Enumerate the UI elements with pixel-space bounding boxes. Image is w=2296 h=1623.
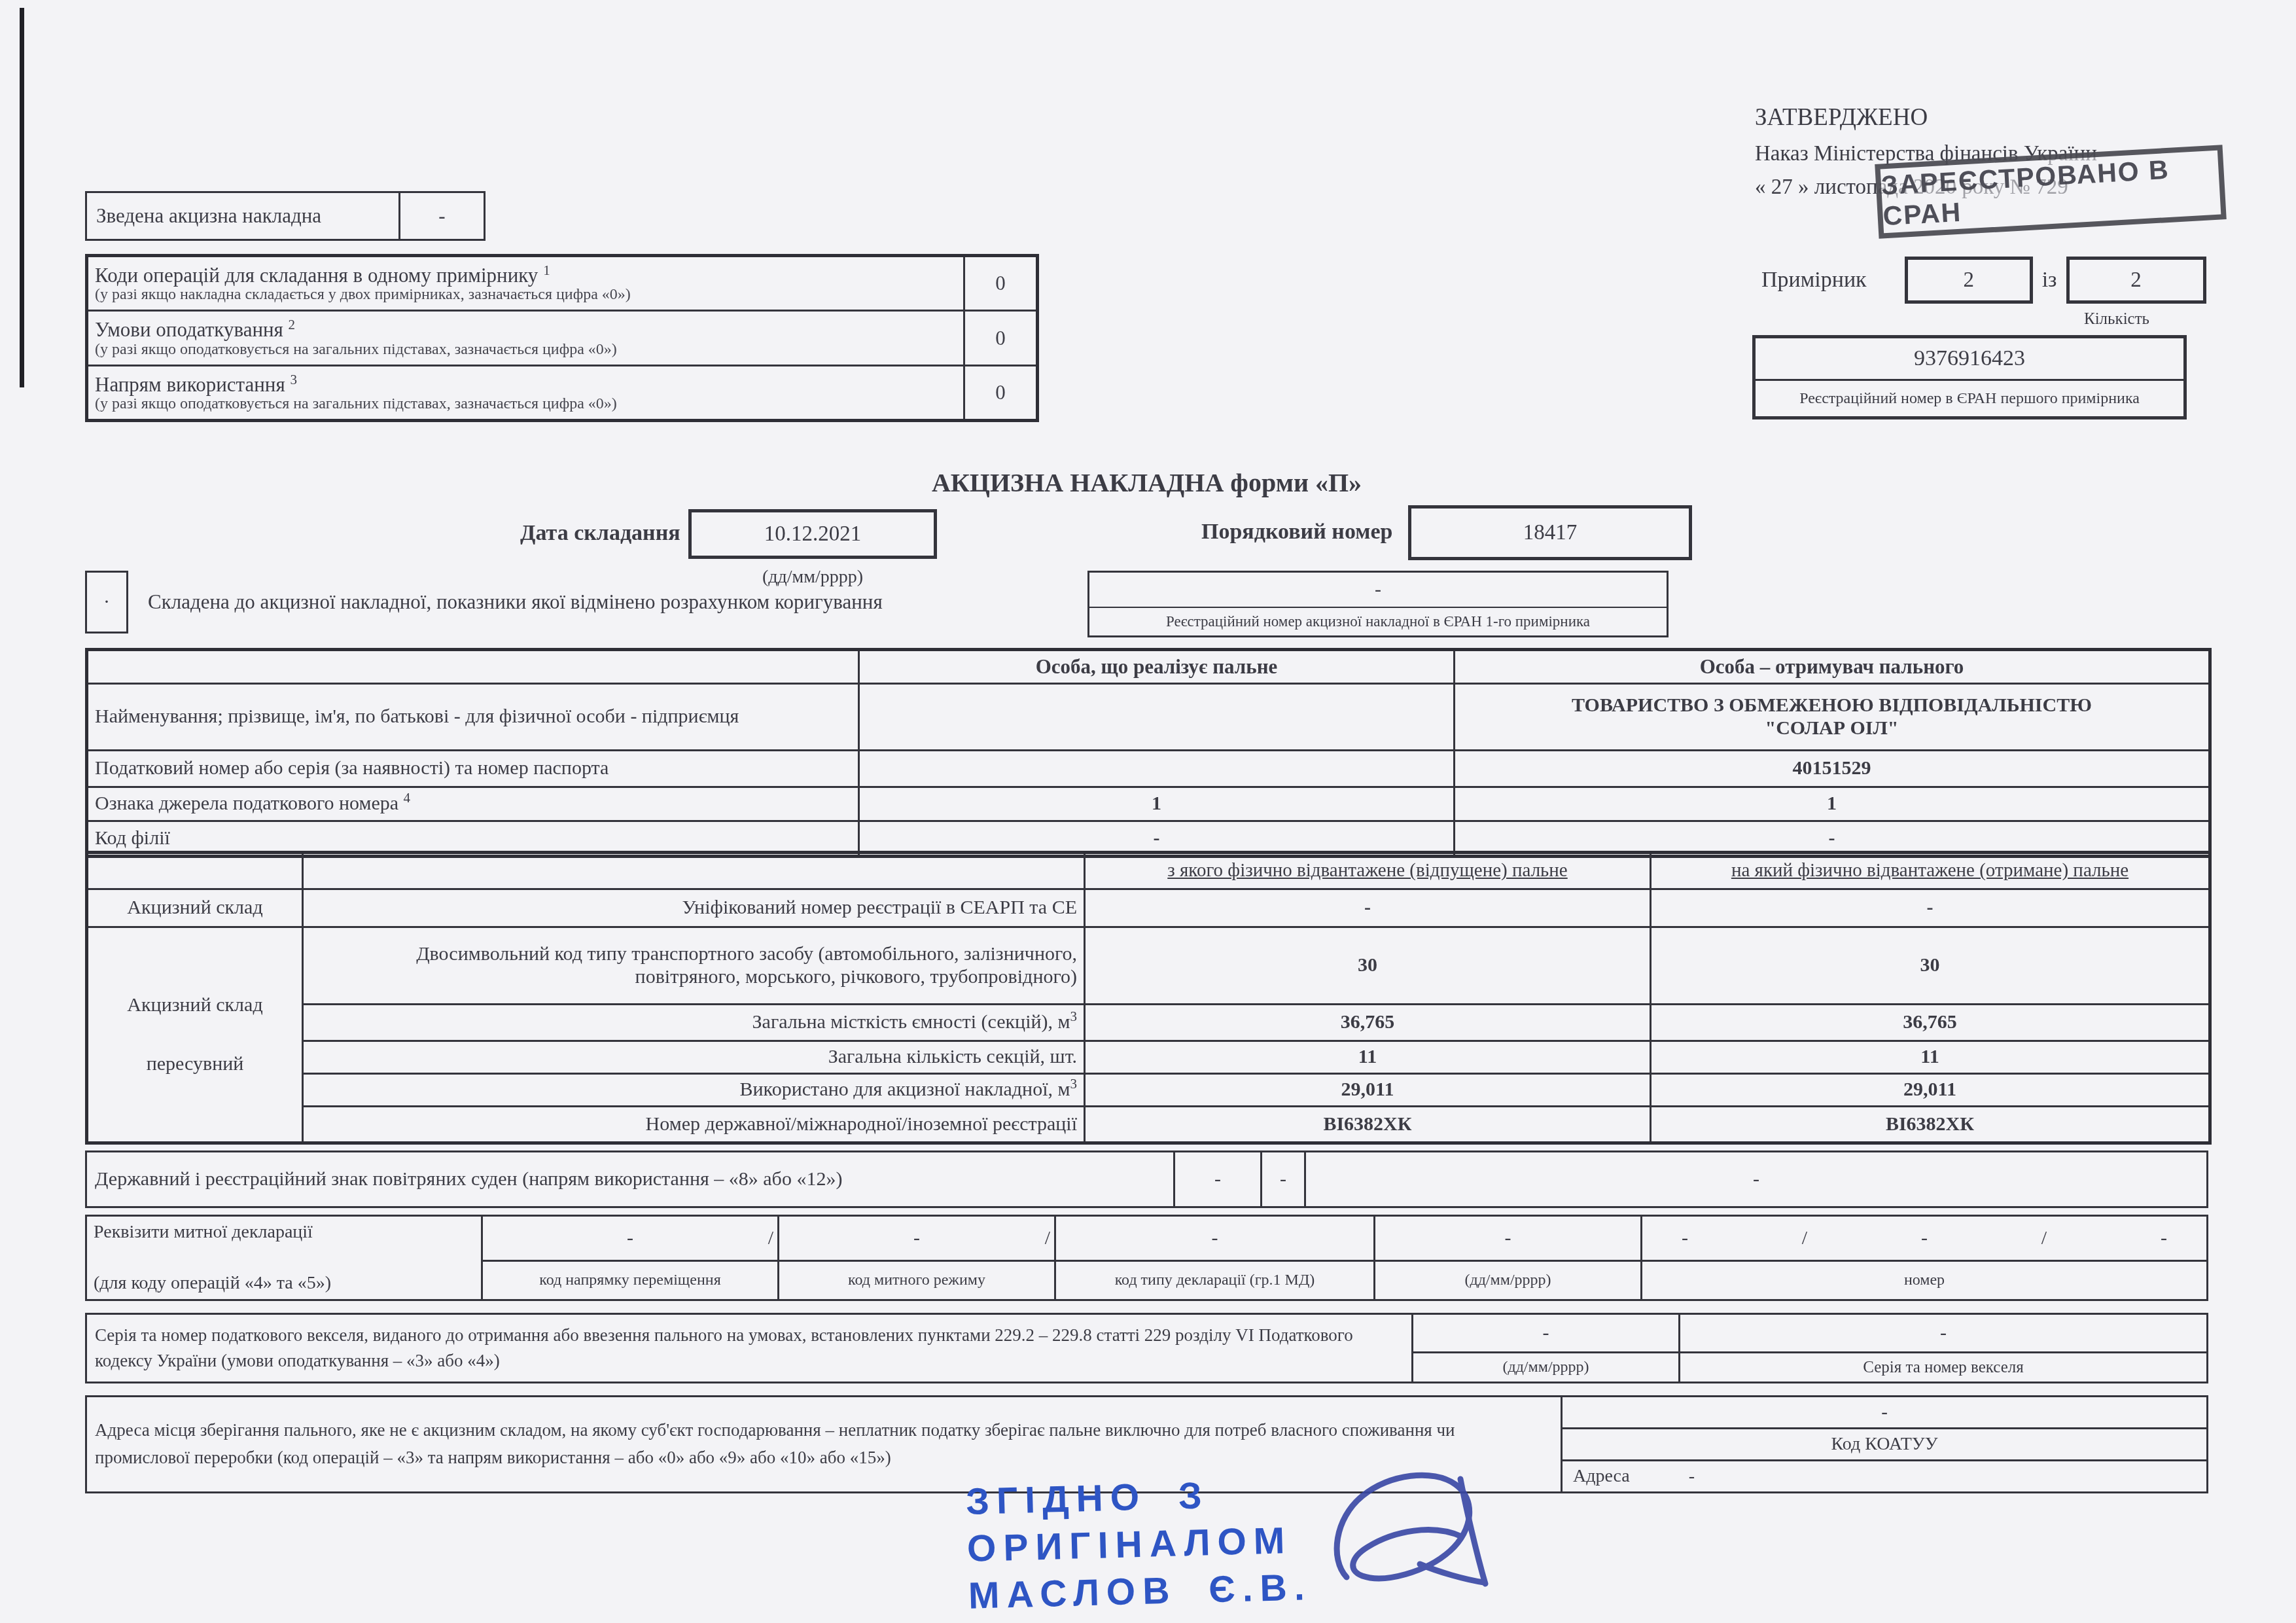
registration-number-caption: Реєстраційний номер в ЄРАН першого примі… — [1756, 381, 2183, 416]
customs-value-number: -/-/- — [1642, 1217, 2206, 1260]
warehouse-row-from: 11 — [1085, 1041, 1651, 1074]
code-row-label: Умови оподаткування 2 — [95, 318, 957, 342]
certified-stamp-line3: МАСЛОВ Є.В. — [968, 1563, 1312, 1620]
warehouse-row-from: 29,011 — [1085, 1074, 1651, 1107]
customs-grid: -/ -/ - - -/-/- код напрямку переміщення… — [483, 1217, 2206, 1299]
footnote-3: 3 — [290, 371, 297, 387]
customs-value-type: - — [1056, 1217, 1375, 1260]
date-label: Дата складання — [520, 521, 680, 546]
table-row: Використано для акцизної накладної, м3 2… — [87, 1074, 2210, 1107]
promissory-series-value: - — [1680, 1315, 2206, 1351]
customs-values-row: -/ -/ - - -/-/- — [483, 1217, 2206, 1262]
aircraft-registration-row: Державний і реєстраційний знак повітряни… — [85, 1150, 2208, 1208]
customs-label-line1: Реквізити митної декларації — [94, 1222, 474, 1243]
correction-label: Складена до акцизної накладної, показник… — [148, 571, 1077, 633]
aircraft-registration-label: Державний і реєстраційний знак повітряни… — [87, 1152, 1175, 1206]
scan-edge-artifact — [20, 8, 24, 387]
certified-copy-stamp: ЗГІДНО З ОРИГІНАЛОМ МАСЛОВ Є.В. — [965, 1469, 1312, 1620]
warehouse-row-to: 11 — [1651, 1041, 2210, 1074]
code-row-value: 0 — [964, 311, 1038, 366]
koatuu-caption: Код КОАТУУ — [1563, 1429, 2206, 1461]
party-taxid-receiver: 40151529 — [1455, 751, 2210, 787]
warehouse-row-label: Номер державної/міжнародної/іноземної ре… — [303, 1107, 1085, 1143]
approved-title: ЗАТВЕРДЖЕНО — [1755, 103, 2226, 132]
code-row-value: 0 — [964, 366, 1038, 421]
customs-declaration-block: Реквізити митної декларації (для коду оп… — [85, 1215, 2208, 1301]
warehouse-static-label: Акцизний склад — [87, 889, 303, 927]
warehouse-row-to: ВІ6382ХК — [1651, 1107, 2210, 1143]
party-taxid-seller — [859, 751, 1455, 787]
table-row: Умови оподаткування 2 (у разі якщо опода… — [87, 311, 1038, 366]
address-value: - — [1689, 1466, 1695, 1487]
table-row: Ознака джерела податкового номера 4 1 1 — [87, 787, 2210, 821]
table-row: Коди операцій для складання в одному при… — [87, 256, 1038, 311]
warehouse-header-empty — [87, 853, 303, 889]
party-name-receiver: ТОВАРИСТВО З ОБМЕЖЕНОЮ ВІДПОВІДАЛЬНІСТЮ … — [1455, 684, 2210, 751]
slash-separator: / — [1802, 1227, 1807, 1249]
table-row: Акцизний склад пересувний Двосимвольний … — [87, 927, 2210, 1005]
correction-caption: Реєстраційний номер акцизної накладної в… — [1089, 608, 1667, 635]
warehouse-row-label: Загальна кількість секцій, шт. — [303, 1041, 1085, 1074]
certified-stamp-line1: ЗГІДНО З — [965, 1469, 1309, 1525]
copy-count-caption: Кількість — [2047, 310, 2187, 329]
warehouse-mobile-label: Акцизний склад пересувний — [87, 927, 303, 1143]
promissory-series-caption: Серія та номер векселя — [1680, 1353, 2206, 1382]
customs-value-direction: -/ — [483, 1217, 779, 1260]
address-row: Адреса - — [1563, 1461, 2206, 1491]
warehouse-header-empty2 — [303, 853, 1085, 889]
footnote-1: 1 — [543, 262, 550, 277]
table-row: Загальна місткість ємності (секцій), м3 … — [87, 1005, 2210, 1041]
slash-separator: / — [768, 1227, 773, 1249]
aircraft-value-2: - — [1262, 1152, 1306, 1206]
customs-label-cell: Реквізити митної декларації (для коду оп… — [87, 1217, 483, 1299]
warehouse-row-from: 36,765 — [1085, 1005, 1651, 1041]
warehouse-row-to: 36,765 — [1651, 1005, 2210, 1041]
consolidated-invoice-value: - — [400, 193, 484, 239]
customs-caption-type: код типу декларації (гр.1 МД) — [1056, 1262, 1375, 1299]
copy-total-box: 2 — [2066, 257, 2206, 304]
address-label: Адреса — [1573, 1466, 1630, 1487]
table-row: Загальна кількість секцій, шт. 11 11 — [87, 1041, 2210, 1074]
party-source-seller: 1 — [859, 787, 1455, 821]
customs-caption-number: номер — [1642, 1262, 2206, 1299]
customs-captions-row: код напрямку переміщення код митного реж… — [483, 1262, 2206, 1299]
warehouse-row-from: - — [1085, 889, 1651, 927]
consolidated-invoice-box: Зведена акцизна накладна - — [85, 191, 486, 241]
signature-mark — [1322, 1467, 1518, 1605]
party-name-seller — [859, 684, 1455, 751]
warehouse-header-row: з якого фізично відвантажене (відпущене)… — [87, 853, 2210, 889]
table-row: Номер державної/міжнародної/іноземної ре… — [87, 1107, 2210, 1143]
slash-separator: / — [1045, 1227, 1050, 1249]
promissory-date-caption: (дд/мм/рррр) — [1413, 1353, 1680, 1382]
table-row: Найменування; прізвище, ім'я, по батьков… — [87, 684, 2210, 751]
parties-header-empty — [87, 650, 859, 684]
footnote-4: 4 — [404, 790, 411, 806]
code-row-label: Коди операцій для складання в одному при… — [95, 264, 957, 287]
warehouse-row-label: Використано для акцизної накладної, м3 — [303, 1074, 1085, 1107]
copy-label: Примірник — [1761, 268, 1867, 293]
customs-caption-regime: код митного режиму — [779, 1262, 1056, 1299]
customs-value-regime: -/ — [779, 1217, 1056, 1260]
customs-caption-date: (дд/мм/рррр) — [1375, 1262, 1642, 1299]
table-row: Напрям використання 3 (у разі якщо опода… — [87, 366, 1038, 421]
registration-number-box: 9376916423 Реєстраційний номер в ЄРАН пе… — [1752, 335, 2187, 419]
copy-value-box: 2 — [1905, 257, 2033, 304]
operation-codes-table: Коди операцій для складання в одному при… — [85, 254, 1039, 422]
party-source-label: Ознака джерела податкового номера 4 — [87, 787, 859, 821]
copy-of-label: із — [2042, 268, 2057, 293]
customs-caption-direction: код напрямку переміщення — [483, 1262, 779, 1299]
warehouse-row-from: 30 — [1085, 927, 1651, 1005]
parties-header-row: Особа, що реалізує пальне Особа – отриму… — [87, 650, 2210, 684]
certified-stamp-line2: ОРИГІНАЛОМ — [966, 1516, 1311, 1573]
warehouse-row-label: Двосимвольний код типу транспортного зас… — [303, 927, 1085, 1005]
promissory-note-block: Серія та номер податкового векселя, вида… — [85, 1313, 2208, 1383]
promissory-values-row: - - — [1413, 1315, 2206, 1353]
warehouse-row-label: Уніфікований номер реєстрації в СЕАРП та… — [303, 889, 1085, 927]
correction-mark-box: · — [85, 571, 128, 633]
registration-number-value: 9376916423 — [1756, 338, 2183, 381]
promissory-date-value: - — [1413, 1315, 1680, 1351]
serial-number-box: 18417 — [1408, 505, 1692, 560]
warehouse-row-to: - — [1651, 889, 2210, 927]
promissory-grid: - - (дд/мм/рррр) Серія та номер векселя — [1413, 1315, 2206, 1382]
code-row-note: (у разі якщо оподатковується на загальни… — [95, 396, 957, 412]
storage-address-grid: - Код КОАТУУ Адреса - — [1563, 1397, 2206, 1491]
serial-number-label: Порядковий номер — [1201, 520, 1392, 544]
warehouse-header-from: з якого фізично відвантажене (відпущене)… — [1085, 853, 1651, 889]
code-row-value: 0 — [964, 256, 1038, 311]
customs-label-line2: (для коду операцій «4» та «5») — [94, 1273, 474, 1294]
party-source-receiver: 1 — [1455, 787, 2210, 821]
code-row-note: (у разі якщо накладна складається у двох… — [95, 287, 957, 303]
warehouse-header-to: на який фізично відвантажене (отримане) … — [1651, 853, 2210, 889]
correction-value-box: - Реєстраційний номер акцизної накладної… — [1087, 571, 1669, 637]
consolidated-invoice-label: Зведена акцизна накладна — [87, 193, 400, 239]
table-row: Податковий номер або серія (за наявності… — [87, 751, 2210, 787]
parties-table: Особа, що реалізує пальне Особа – отриму… — [85, 648, 2212, 858]
customs-value-date: - — [1375, 1217, 1642, 1260]
date-value-box: 10.12.2021 — [688, 509, 937, 559]
warehouse-row-label: Загальна місткість ємності (секцій), м3 — [303, 1005, 1085, 1041]
aircraft-value-1: - — [1175, 1152, 1262, 1206]
correction-value: - — [1089, 573, 1667, 608]
koatuu-value: - — [1563, 1397, 2206, 1429]
promissory-label: Серія та номер податкового векселя, вида… — [87, 1315, 1413, 1382]
page-title: АКЦИЗНА НАКЛАДНА форми «П» — [85, 467, 2208, 498]
warehouse-row-to: 29,011 — [1651, 1074, 2210, 1107]
promissory-captions-row: (дд/мм/рррр) Серія та номер векселя — [1413, 1353, 2206, 1382]
code-row-label: Напрям використання 3 — [95, 373, 957, 397]
party-name-label: Найменування; прізвище, ім'я, по батьков… — [87, 684, 859, 751]
parties-header-receiver: Особа – отримувач пального — [1455, 650, 2210, 684]
parties-header-seller: Особа, що реалізує пальне — [859, 650, 1455, 684]
table-row: Акцизний склад Уніфікований номер реєстр… — [87, 889, 2210, 927]
aircraft-value-3: - — [1306, 1152, 2206, 1206]
code-row-note: (у разі якщо оподатковується на загальни… — [95, 342, 957, 358]
warehouse-table: з якого фізично відвантажене (відпущене)… — [85, 851, 2212, 1145]
slash-separator: / — [2041, 1227, 2047, 1249]
scanned-excise-invoice-page: Зведена акцизна накладна - Коди операцій… — [0, 0, 2296, 1623]
warehouse-row-from: ВІ6382ХК — [1085, 1107, 1651, 1143]
footnote-2: 2 — [289, 317, 296, 332]
warehouse-row-to: 30 — [1651, 927, 2210, 1005]
party-taxid-label: Податковий номер або серія (за наявності… — [87, 751, 859, 787]
copy-number-row: Примірник 2 із 2 — [1761, 257, 2206, 304]
